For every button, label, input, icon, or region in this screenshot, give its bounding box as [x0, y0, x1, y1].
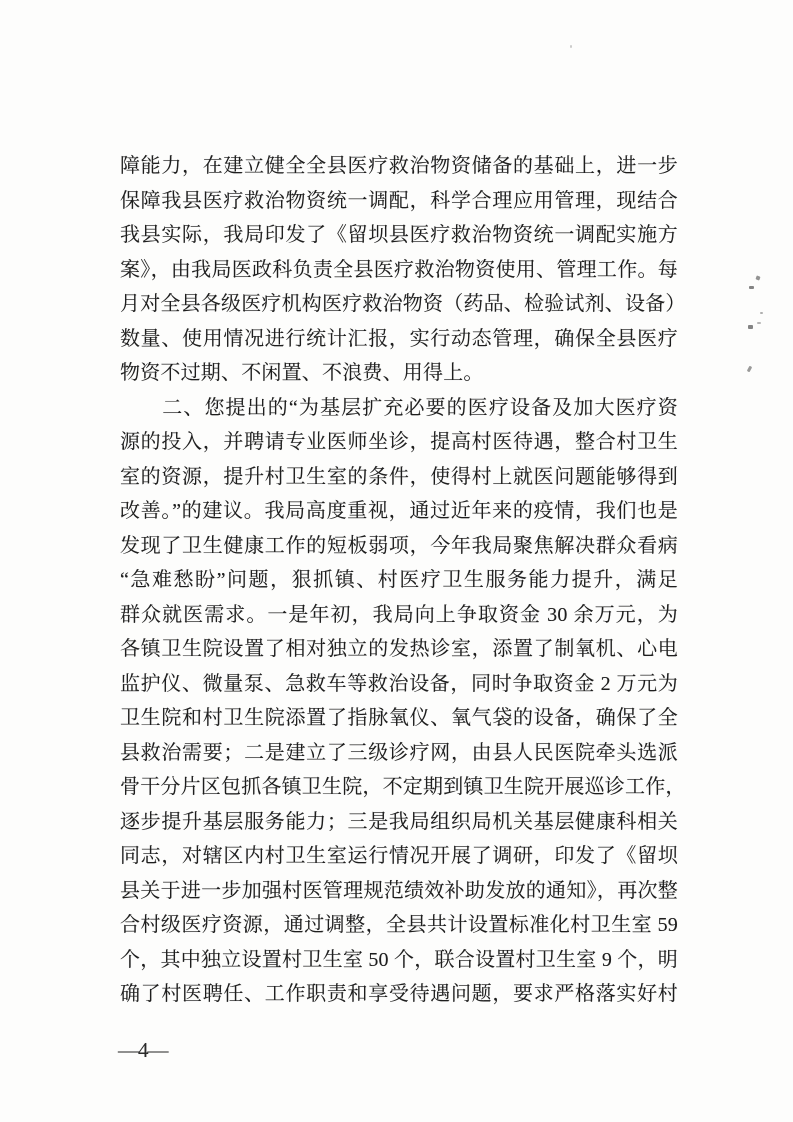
text-line: 逐步提升基层服务能力；三是我局组织局机关基层健康科相关 [120, 805, 678, 840]
scan-speck [757, 322, 761, 324]
text-line: 室的资源，提升村卫生室的条件，使得村上就医问题能够得到 [120, 460, 678, 495]
scan-speck [749, 286, 754, 289]
scan-speck [748, 325, 753, 329]
text-line: 改善。”的建议。我局高度重视，通过近年来的疫情，我们也是 [120, 494, 678, 529]
document-body-text: 障能力，在建立健全全县医疗救治物资储备的基础上，进一步保障我县医疗救治物资统一调… [120, 149, 678, 1012]
page-number: —4— [118, 1038, 168, 1062]
text-line: 个，其中独立设置村卫生室 50 个，联合设置村卫生室 9 个，明 [120, 943, 678, 978]
text-line: 案》，由我局医政科负责全县医疗救治物资使用、管理工作。每 [120, 253, 678, 288]
text-line: 障能力，在建立健全全县医疗救治物资储备的基础上，进一步 [120, 149, 678, 184]
text-line: 县救治需要；二是建立了三级诊疗网，由县人民医院牵头选派 [120, 736, 678, 771]
text-line: 确了村医聘任、工作职责和享受待遇问题，要求严格落实好村 [120, 977, 678, 1012]
text-line: 源的投入，并聘请专业医师坐诊，提高村医待遇，整合村卫生 [120, 425, 678, 460]
text-line: 数量、使用情况进行统计汇报，实行动态管理，确保全县医疗 [120, 322, 678, 357]
text-line: 物资不过期、不闲置、不浪费、用得上。 [120, 356, 678, 391]
text-line: “急难愁盼”问题，狠抓镇、村医疗卫生服务能力提升，满足 [120, 563, 678, 598]
scan-speck [760, 312, 763, 314]
text-line: 发现了卫生健康工作的短板弱项，今年我局聚焦解决群众看病 [120, 529, 678, 564]
text-line: 监护仪、微量泵、急救车等救治设备，同时争取资金 2 万元为 [120, 667, 678, 702]
text-line: 群众就医需求。一是年初，我局向上争取资金 30 余万元，为 [120, 598, 678, 633]
text-line: 县关于进一步加强村医管理规范绩效补助发放的通知》，再次整 [120, 874, 678, 909]
text-line: 二、您提出的“为基层扩充必要的医疗设备及加大医疗资 [120, 391, 678, 426]
text-line: 月对全县各级医疗机构医疗救治物资（药品、检验试剂、设备） [120, 287, 678, 322]
scan-speck [755, 275, 760, 280]
text-line: 卫生院和村卫生院添置了指脉氧仪、氧气袋的设备，确保了全 [120, 701, 678, 736]
text-line: 我县实际，我局印发了《留坝县医疗救治物资统一调配实施方 [120, 218, 678, 253]
scanned-document-page: 障能力，在建立健全全县医疗救治物资储备的基础上，进一步保障我县医疗救治物资统一调… [0, 0, 793, 1122]
text-line: 各镇卫生院设置了相对独立的发热诊室，添置了制氧机、心电 [120, 632, 678, 667]
text-line: 骨干分片区包抓各镇卫生院，不定期到镇卫生院开展巡诊工作， [120, 770, 678, 805]
text-line: 合村级医疗资源，通过调整，全县共计设置标准化村卫生室 59 [120, 908, 678, 943]
text-line: 保障我县医疗救治物资统一调配，科学合理应用管理，现结合 [120, 184, 678, 219]
scan-speck [747, 366, 752, 373]
scan-speck [570, 45, 572, 48]
text-line: 同志，对辖区内村卫生室运行情况开展了调研，印发了《留坝 [120, 839, 678, 874]
